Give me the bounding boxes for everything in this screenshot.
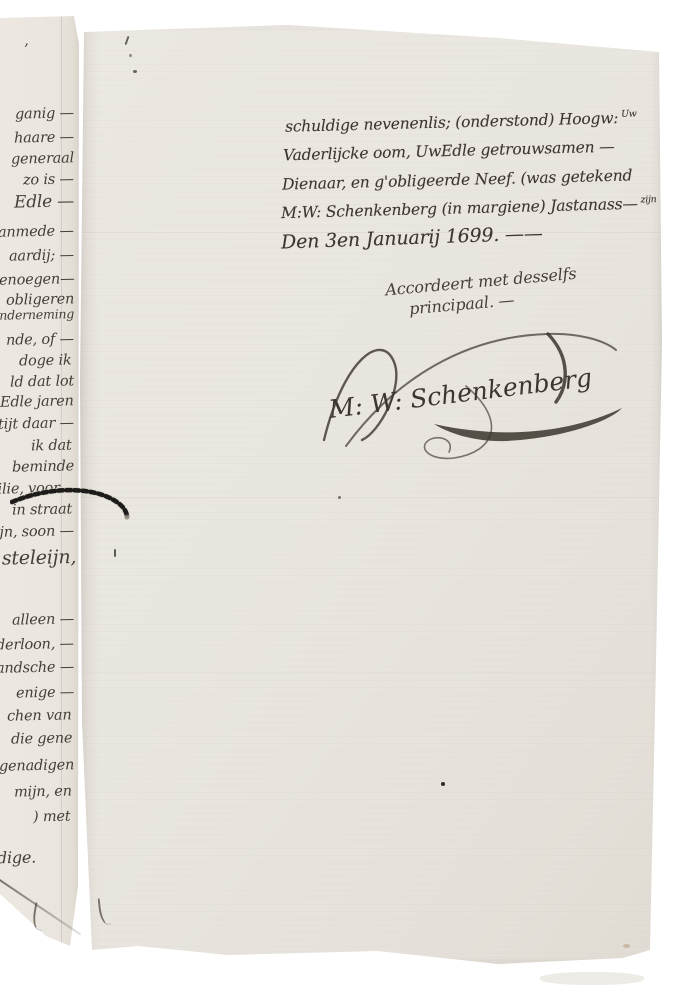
binding-cord <box>10 484 138 524</box>
manuscript-line-fragment: ik dat <box>31 438 72 455</box>
manuscript-line-fragment: alleen — <box>12 611 74 628</box>
manuscript-body-line: Dienaar, en g'obligeerde Neef. (was gete… <box>282 166 633 193</box>
signature-name: M: W: Schenkenberg <box>326 363 593 424</box>
ink-tick-mark <box>114 549 116 557</box>
manuscript-line-fragment: andsche — <box>0 659 74 677</box>
manuscript-body-line: Vaderlijcke oom, UwEdle getrouwsamen — <box>283 138 615 165</box>
manuscript-line-fragment: chen van <box>7 707 72 724</box>
underlying-page-edge <box>540 972 644 985</box>
manuscript-line-fragment: die gene <box>11 730 73 747</box>
manuscript-line-fragment: anmede — <box>0 223 74 241</box>
ink-dot <box>441 782 445 786</box>
manuscript-line-fragment: nde, of — <box>6 331 74 348</box>
manuscript-line-fragment: doge ik <box>19 352 72 369</box>
cord-hole <box>124 514 129 519</box>
manuscript-line-fragment: ganig — <box>15 105 74 122</box>
body-text-block: schuldige nevenenlis; (onderstond) Hoogw… <box>78 22 662 970</box>
manuscript-line-fragment: genoegen— <box>0 271 74 289</box>
manuscript-line-fragment: haare — <box>14 129 74 146</box>
manuscript-line-fragment: ijn, soon — <box>0 523 74 541</box>
manuscript-line-fragment: enige — <box>16 684 74 701</box>
right-manuscript-page: schuldige nevenenlis; (onderstond) Hoogw… <box>78 22 662 970</box>
manuscript-line-fragment: ) met <box>32 809 70 826</box>
superscript-annotation: zijn <box>640 194 656 205</box>
manuscript-line-fragment: oederloon, — <box>0 636 74 654</box>
manuscript-body-line: Den 3en Januarij 1699. —— <box>281 222 543 253</box>
manuscript-photo: ganig —haare —generaalzo is —Edle —anmed… <box>0 0 700 1000</box>
manuscript-line-fragment: Edle — <box>14 191 74 212</box>
superscript-annotation: Uw <box>621 108 637 119</box>
manuscript-line-fragment: Edle jaren <box>0 393 74 411</box>
paper-stain <box>623 944 630 948</box>
signature-underline <box>434 408 622 441</box>
manuscript-line-fragment: ld dat lot <box>10 373 74 390</box>
manuscript-body-line: schuldige nevenenlis; (onderstond) Hoogw… <box>285 108 637 135</box>
stitch-hole-mark <box>129 54 132 57</box>
manuscript-line-fragment: generaal <box>11 150 74 167</box>
ink-speck <box>338 496 341 499</box>
manuscript-line-fragment: aardij; — <box>9 247 74 264</box>
manuscript-line-fragment: onderneming <box>0 306 74 323</box>
manuscript-line-fragment: mijn, en <box>14 783 72 800</box>
manuscript-line-fragment: beminde <box>12 458 74 475</box>
signature-flourish: M: W: Schenkenberg <box>316 328 646 468</box>
manuscript-line-fragment: a, steleijn, <box>0 546 76 570</box>
ink-apostrophe-mark: ’ <box>23 42 28 58</box>
manuscript-line-fragment: genadigen <box>0 757 74 775</box>
manuscript-line-fragment: zo is — <box>23 171 74 188</box>
manuscript-body-line: M:W: Schenkenberg (in margiene) Jastanas… <box>281 194 657 222</box>
manuscript-line-fragment: tijt daar — <box>0 415 74 433</box>
stitch-hole-mark <box>133 70 137 73</box>
manuscript-line-fragment: ldige. <box>0 848 36 868</box>
